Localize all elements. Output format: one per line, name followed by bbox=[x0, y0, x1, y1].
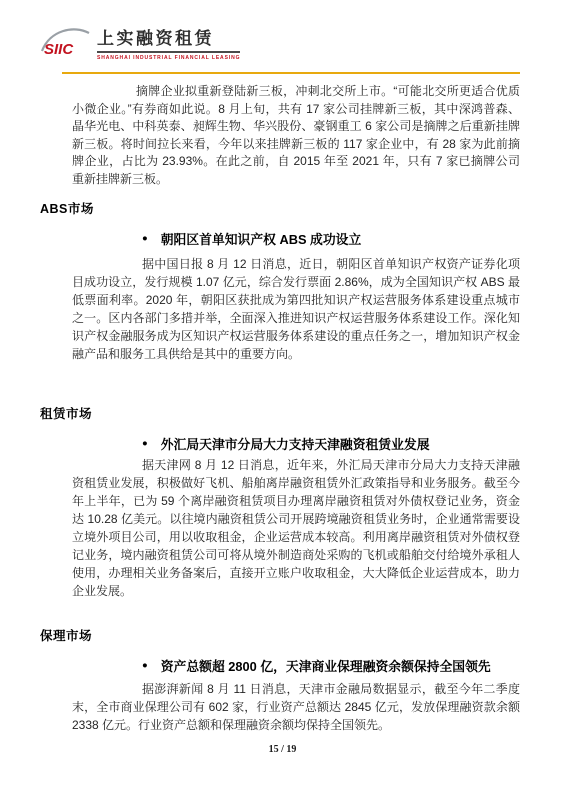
siic-logo-icon: SIIC bbox=[40, 24, 90, 60]
brand-name-cn: 上实融资租赁 bbox=[97, 24, 240, 53]
newsletter-page: SIIC 上实融资租赁 SHANGHAI INDUSTRIAL FINANCIA… bbox=[0, 0, 565, 800]
factoring-body-paragraph: 据澎湃新闻 8 月 11 日消息，天津市金融局数据显示，截至今年二季度末，全市商… bbox=[72, 680, 520, 734]
company-logo: SIIC 上实融资租赁 SHANGHAI INDUSTRIAL FINANCIA… bbox=[40, 24, 240, 61]
abs-headline-text: 朝阳区首单知识产权 ABS 成功设立 bbox=[161, 229, 362, 248]
leasing-headline-text: 外汇局天津市分局大力支持天津融资租赁业发展 bbox=[161, 434, 430, 453]
abs-headline-row: ● 朝阳区首单知识产权 ABS 成功设立 bbox=[142, 229, 522, 248]
leasing-body-paragraph: 据天津网 8 月 12 日消息，近年来，外汇局天津市分局大力支持天津融资租赁业发… bbox=[72, 456, 520, 600]
section-title-factoring-market: 保理市场 bbox=[40, 626, 92, 644]
section-title-leasing-market: 租赁市场 bbox=[40, 404, 92, 422]
abs-body-paragraph: 据中国日报 8 月 12 日消息，近日，朝阳区首单知识产权资产证券化项目成功设立… bbox=[72, 255, 520, 363]
brand-names: 上实融资租赁 SHANGHAI INDUSTRIAL FINANCIAL LEA… bbox=[97, 24, 240, 61]
factoring-headline-text: 资产总额超 2800 亿，天津商业保理融资余额保持全国领先 bbox=[161, 656, 491, 675]
bullet-icon: ● bbox=[142, 439, 148, 449]
leasing-headline-row: ● 外汇局天津市分局大力支持天津融资租赁业发展 bbox=[142, 434, 522, 453]
svg-text:SIIC: SIIC bbox=[44, 41, 74, 58]
bullet-icon: ● bbox=[142, 234, 148, 244]
masthead: SIIC 上实融资租赁 SHANGHAI INDUSTRIAL FINANCIA… bbox=[40, 24, 240, 61]
section-title-abs-market: ABS市场 bbox=[40, 199, 94, 217]
brand-name-en: SHANGHAI INDUSTRIAL FINANCIAL LEASING bbox=[97, 55, 240, 61]
factoring-headline-row: ● 资产总额超 2800 亿，天津商业保理融资余额保持全国领先 bbox=[142, 656, 522, 675]
header-divider-rule bbox=[62, 72, 520, 74]
intro-paragraph: 摘牌企业拟重新登陆新三板，冲刺北交所上市。“可能北交所更适合优质小微企业。”有券… bbox=[72, 83, 520, 188]
page-number: 15 / 19 bbox=[0, 744, 565, 755]
bullet-icon: ● bbox=[142, 661, 148, 671]
